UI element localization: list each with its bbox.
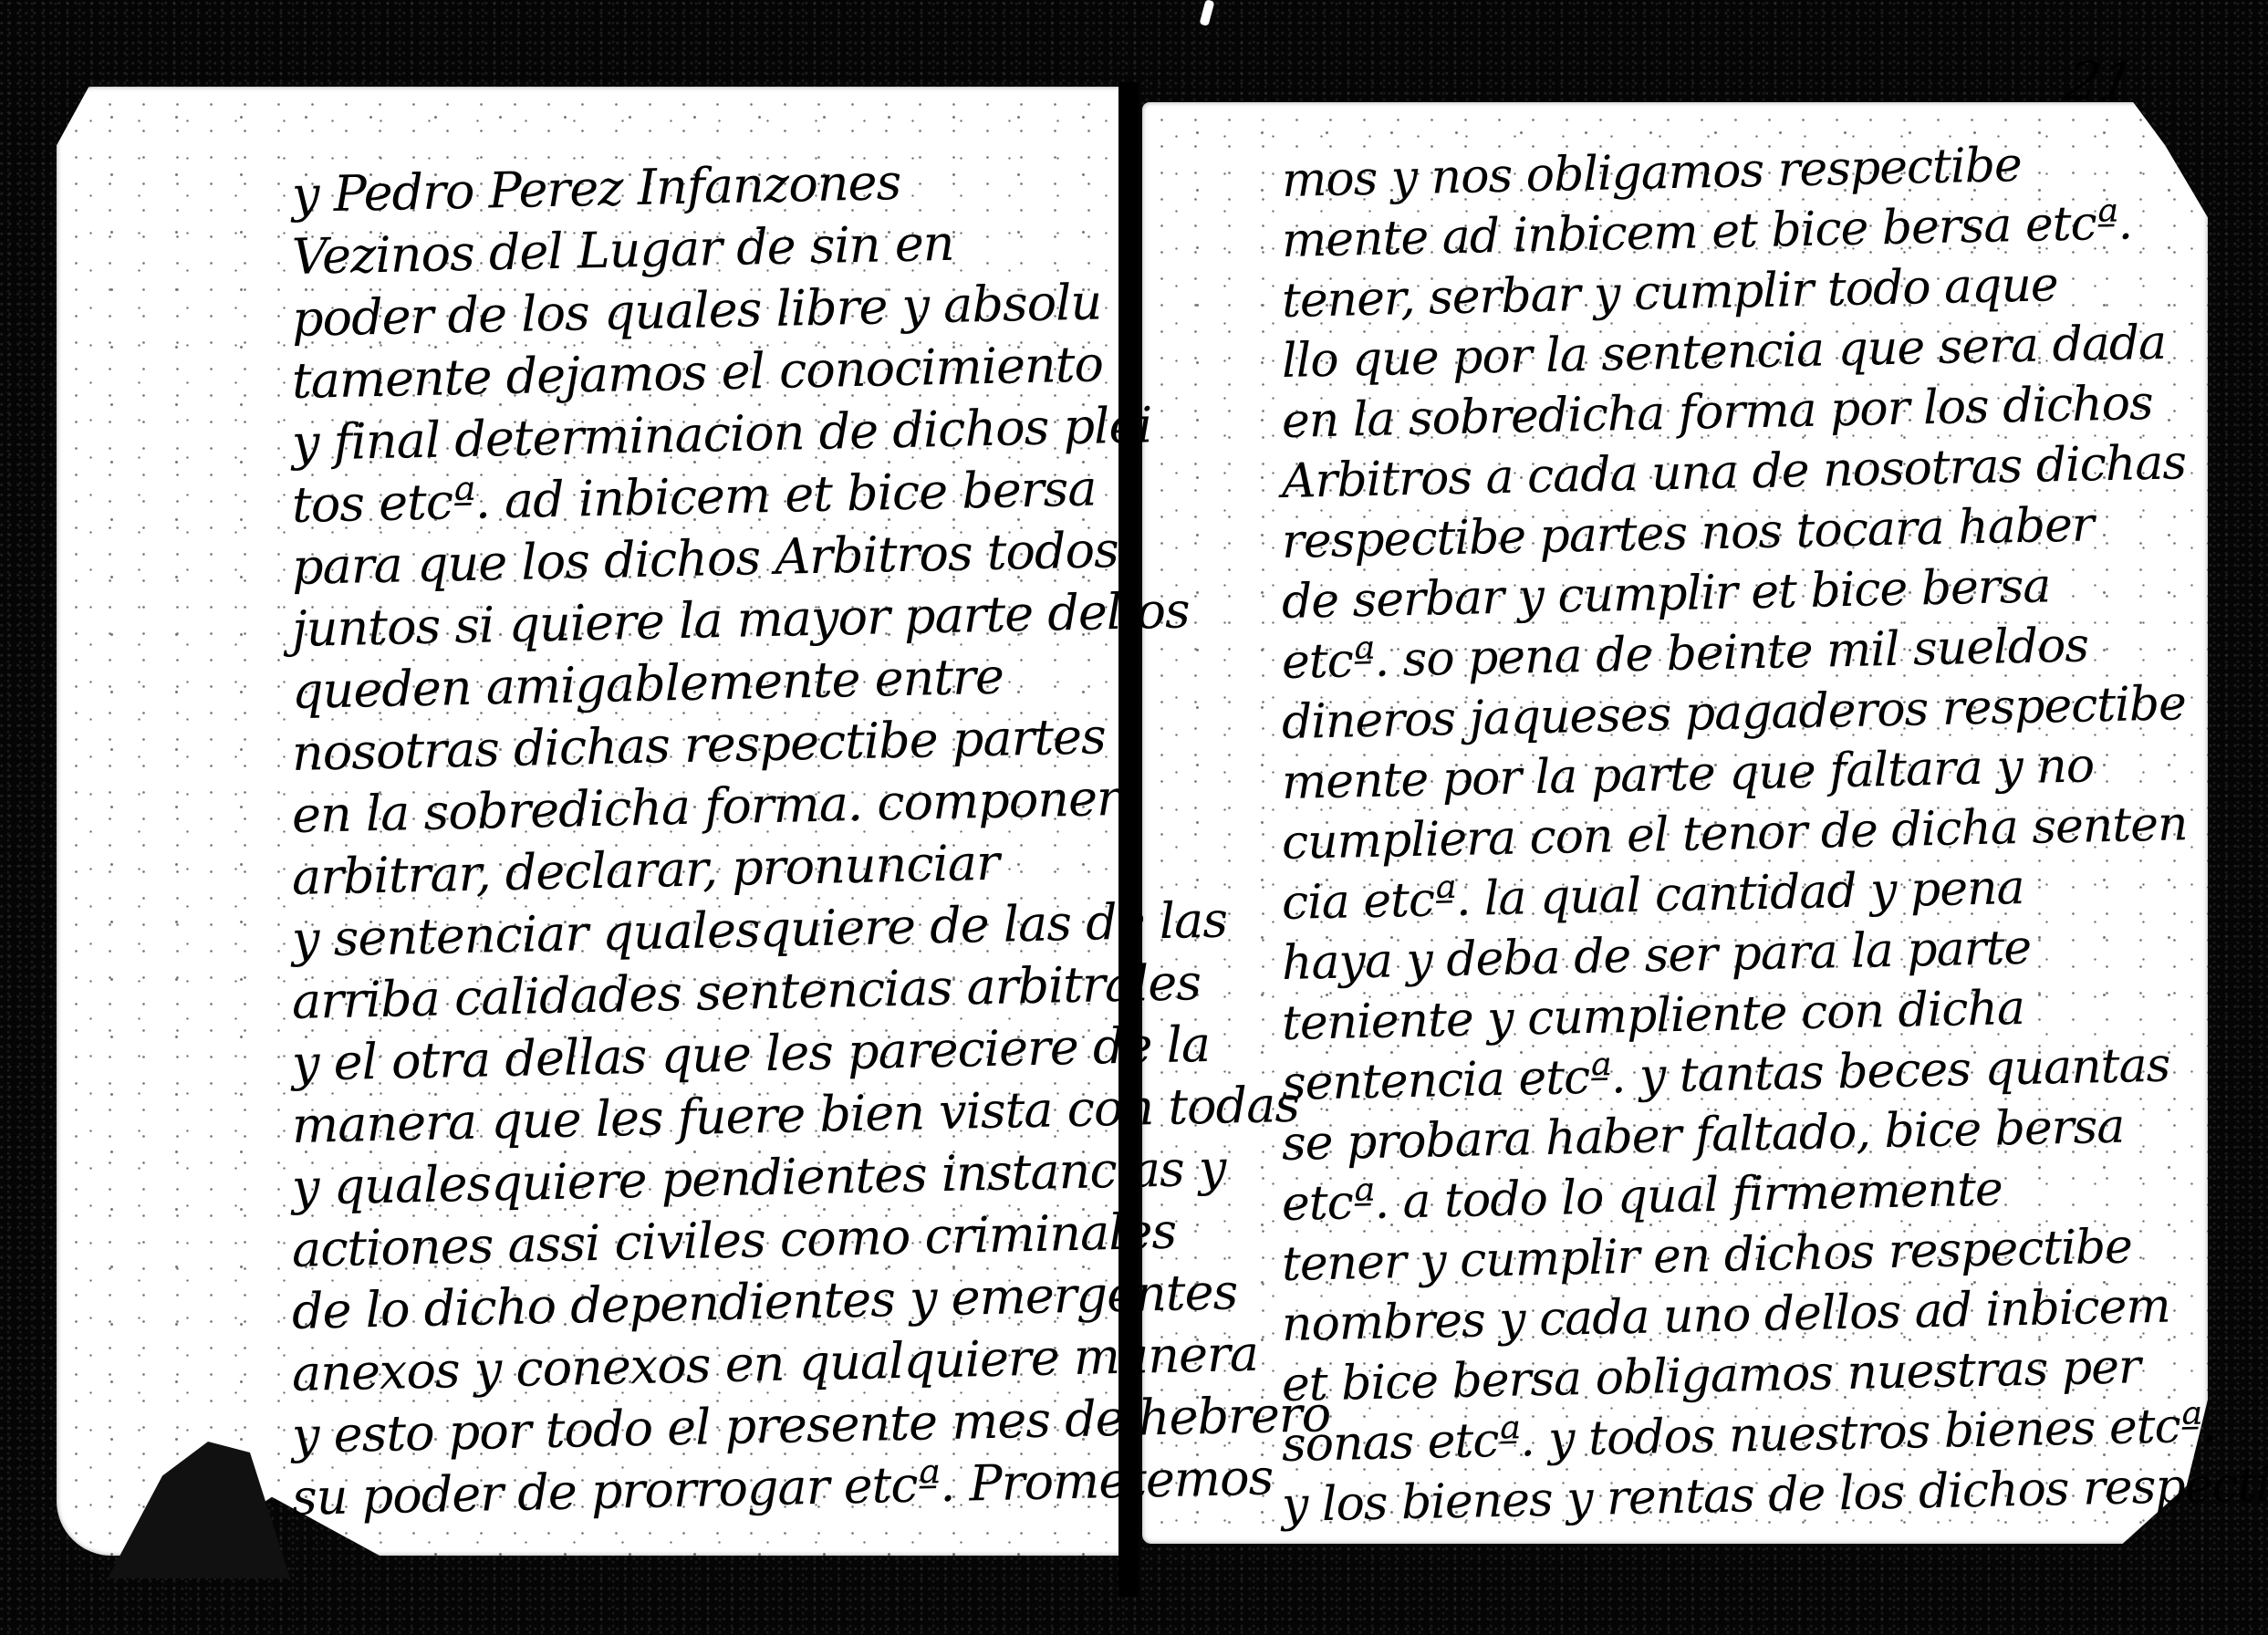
right-page-text: mos y nos obligamos respectibemente ad i… xyxy=(1282,151,2221,1536)
left-page-text: y Pedro Perez InfanzonesVezinos del Luga… xyxy=(292,164,1140,1529)
page-number: 21 xyxy=(2060,50,2140,112)
